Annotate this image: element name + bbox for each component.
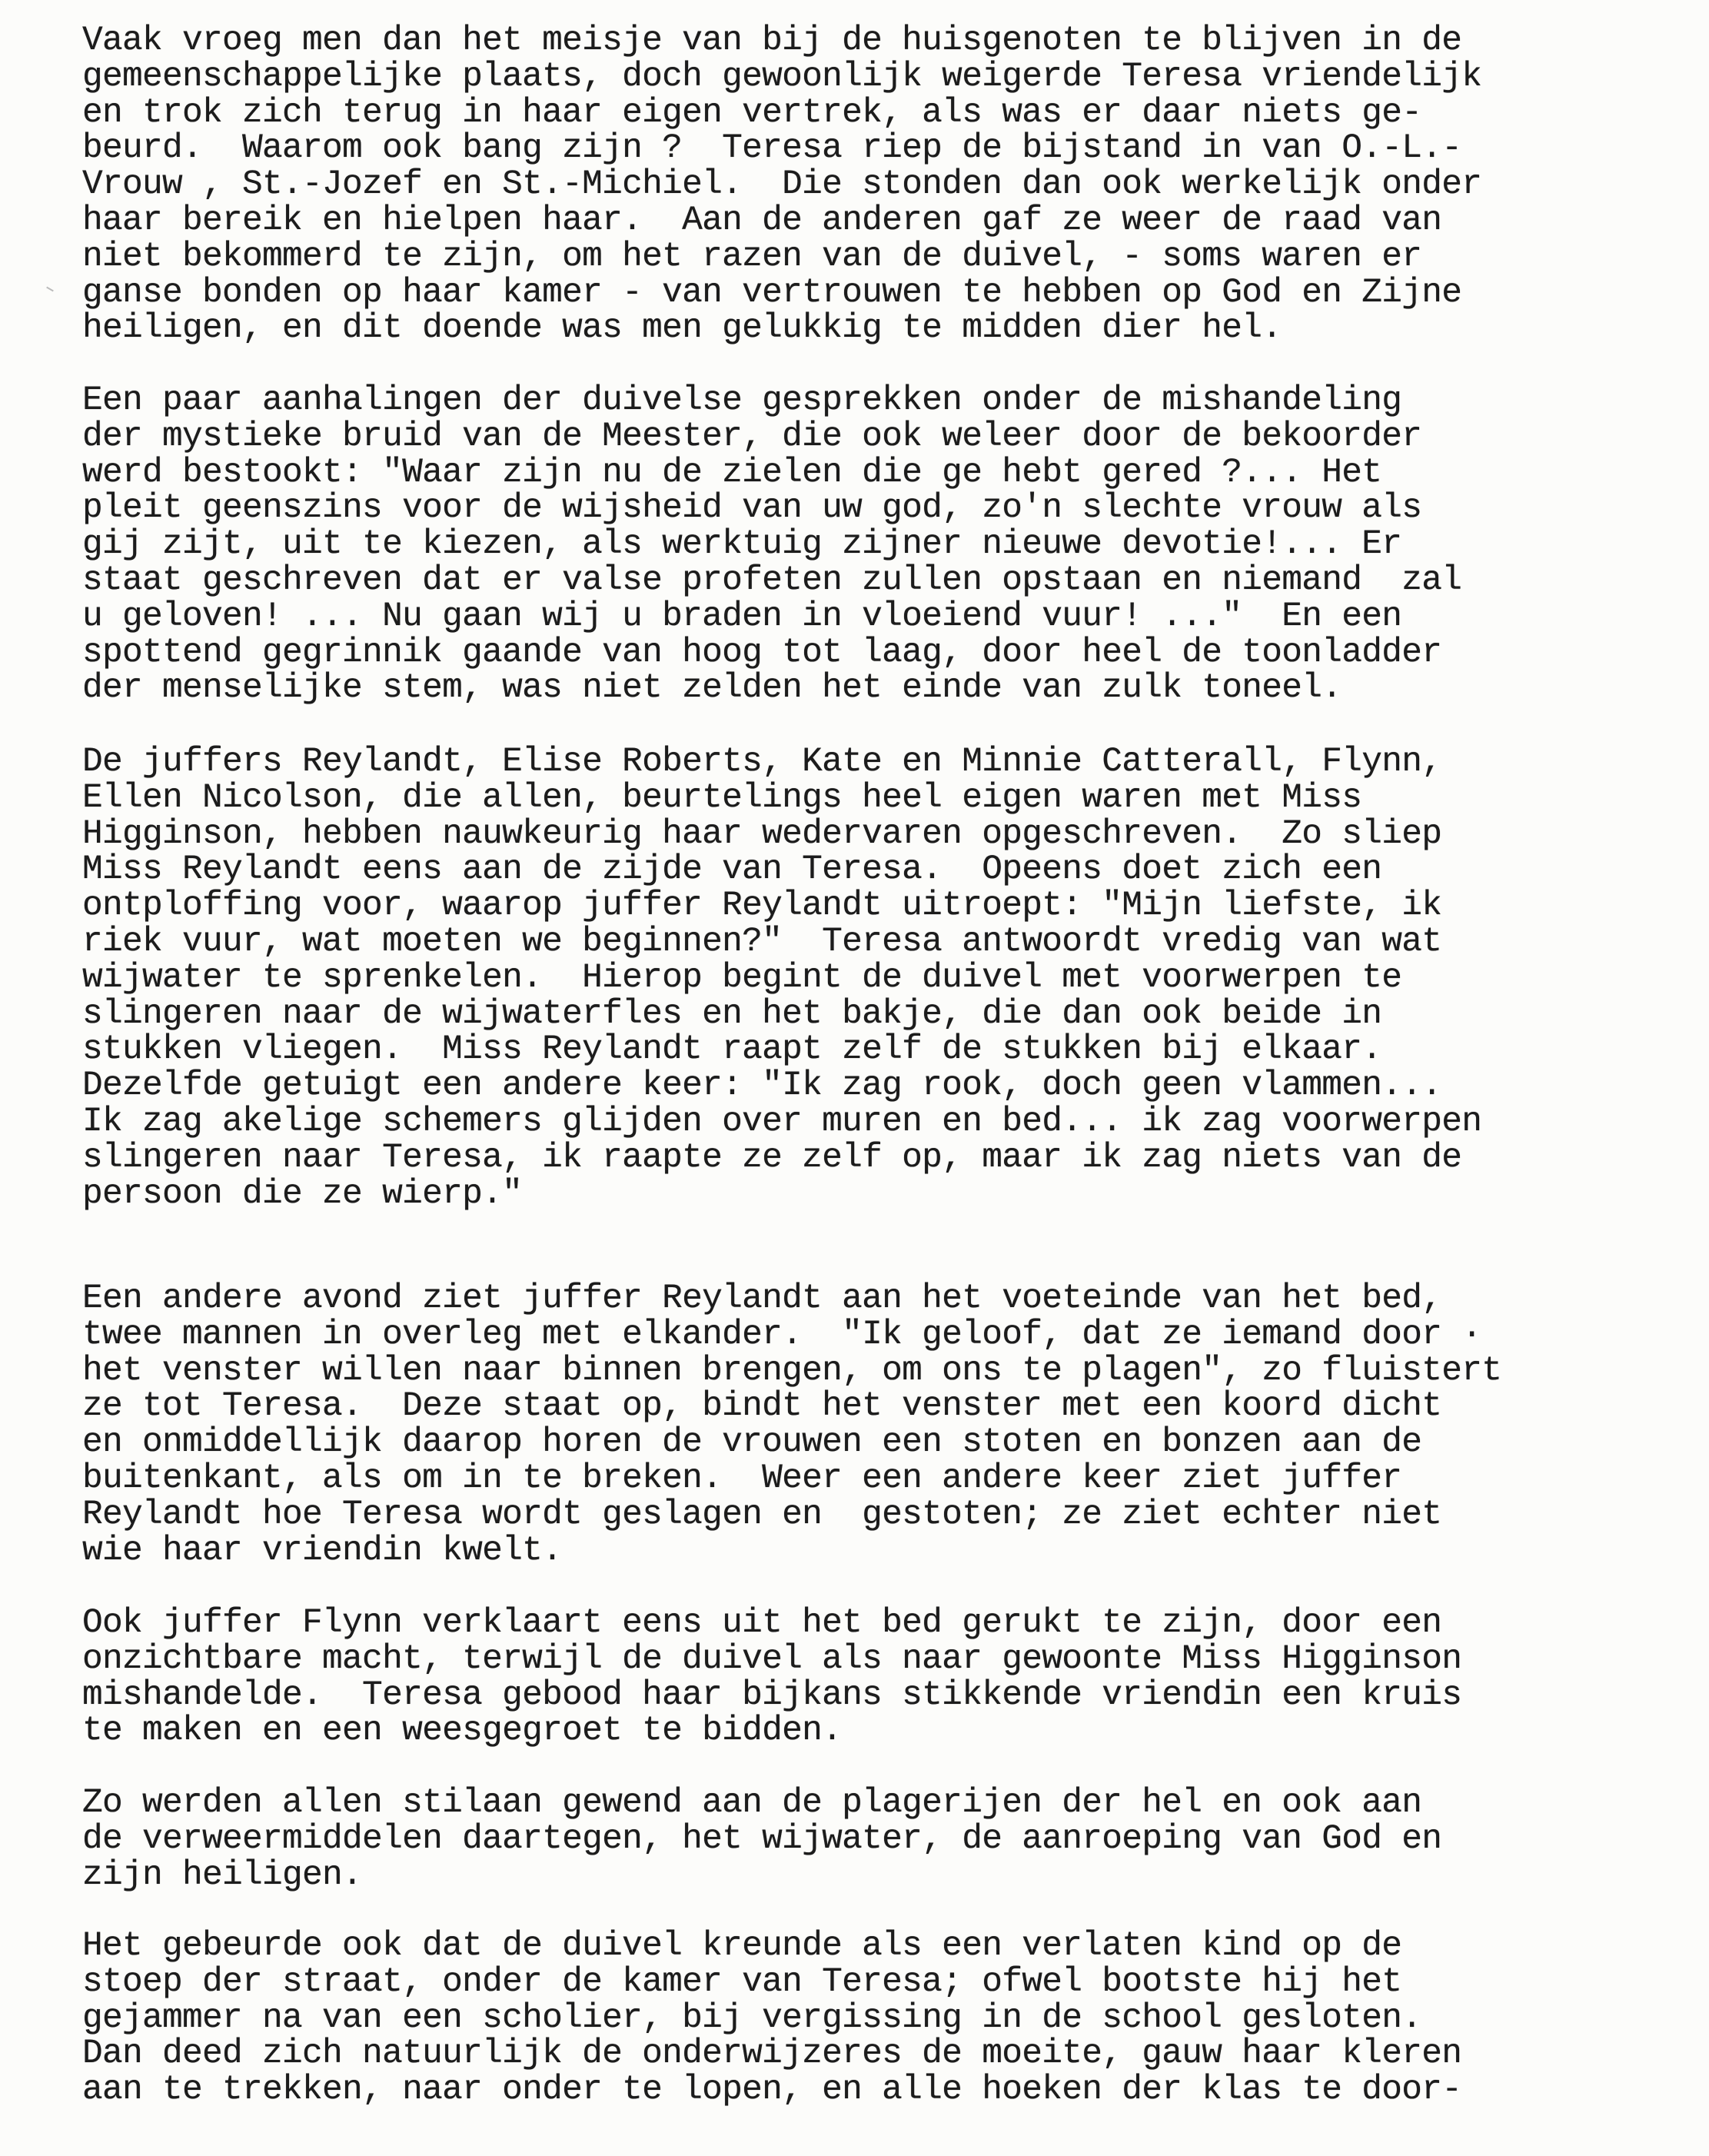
text-line: gij zijt, uit te kiezen, als werktuig zi… xyxy=(82,527,1461,563)
text-line: ganse bonden op haar kamer - van vertrou… xyxy=(82,275,1481,311)
text-line: en onmiddellijk daarop horen de vrouwen … xyxy=(82,1425,1501,1461)
text-line: De juffers Reylandt, Elise Roberts, Kate… xyxy=(82,744,1481,780)
text-line: pleit geenszins voor de wijsheid van uw … xyxy=(82,491,1461,527)
text-line: Miss Reylandt eens aan de zijde van Tere… xyxy=(82,852,1481,888)
text-line: Dezelfde getuigt een andere keer: "Ik za… xyxy=(82,1068,1481,1104)
text-line: slingeren naar Teresa, ik raapte ze zelf… xyxy=(82,1140,1481,1176)
text-line: Ellen Nicolson, die allen, beurtelings h… xyxy=(82,780,1481,817)
text-line: slingeren naar de wijwaterfles en het ba… xyxy=(82,996,1481,1033)
text-line: u geloven! ... Nu gaan wij u braden in v… xyxy=(82,599,1461,635)
text-line: zijn heiligen. xyxy=(82,1858,1441,1894)
text-line: stoep der straat, onder de kamer van Ter… xyxy=(82,1965,1461,2001)
text-line: en trok zich terug in haar eigen vertrek… xyxy=(82,95,1481,131)
text-line: Zo werden allen stilaan gewend aan de pl… xyxy=(82,1785,1441,1822)
text-line: Dan deed zich natuurlijk de onderwijzere… xyxy=(82,2036,1461,2072)
text-line: riek vuur, wat moeten we beginnen?" Tere… xyxy=(82,924,1481,960)
text-line: werd bestookt: "Waar zijn nu de zielen d… xyxy=(82,455,1461,491)
scan-speck xyxy=(46,287,54,292)
text-line: wijwater te sprenkelen. Hierop begint de… xyxy=(82,960,1481,996)
text-line: Een paar aanhalingen der duivelse gespre… xyxy=(82,383,1461,419)
text-line: ze tot Teresa. Deze staat op, bindt het … xyxy=(82,1389,1501,1425)
text-line: gemeenschappelijke plaats, doch gewoonli… xyxy=(82,59,1481,95)
text-line: buitenkant, als om in te breken. Weer ee… xyxy=(82,1461,1501,1497)
paragraph-6: Zo werden allen stilaan gewend aan de pl… xyxy=(82,1785,1441,1893)
paragraph-2: Een paar aanhalingen der duivelse gespre… xyxy=(82,383,1461,707)
text-line: Ook juffer Flynn verklaart eens uit het … xyxy=(82,1605,1461,1642)
text-line: Het gebeurde ook dat de duivel kreunde a… xyxy=(82,1928,1461,1965)
text-line: Reylandt hoe Teresa wordt geslagen en ge… xyxy=(82,1497,1501,1533)
text-line: persoon die ze wierp." xyxy=(82,1176,1481,1213)
paragraph-1: Vaak vroeg men dan het meisje van bij de… xyxy=(82,23,1481,347)
text-line: staat geschreven dat er valse profeten z… xyxy=(82,563,1461,599)
text-line: niet bekommerd te zijn, om het razen van… xyxy=(82,239,1481,275)
text-line: de verweermiddelen daartegen, het wijwat… xyxy=(82,1822,1441,1858)
text-line: spottend gegrinnik gaande van hoog tot l… xyxy=(82,635,1461,671)
text-line: Een andere avond ziet juffer Reylandt aa… xyxy=(82,1281,1501,1317)
paragraph-5: Ook juffer Flynn verklaart eens uit het … xyxy=(82,1605,1461,1749)
text-line: stukken vliegen. Miss Reylandt raapt zel… xyxy=(82,1032,1481,1068)
text-line: te maken en een weesgegroet te bidden. xyxy=(82,1713,1461,1749)
text-line: mishandelde. Teresa gebood haar bijkans … xyxy=(82,1678,1461,1714)
text-line: heiligen, en dit doende was men gelukkig… xyxy=(82,311,1481,347)
typewritten-page: Vaak vroeg men dan het meisje van bij de… xyxy=(0,0,1709,2156)
text-line: het venster willen naar binnen brengen, … xyxy=(82,1353,1501,1389)
text-line: Higginson, hebben nauwkeurig haar wederv… xyxy=(82,817,1481,853)
text-line: twee mannen in overleg met elkander. "Ik… xyxy=(82,1317,1501,1353)
text-line: Vrouw , St.-Jozef en St.-Michiel. Die st… xyxy=(82,167,1481,203)
text-line: haar bereik en hielpen haar. Aan de ande… xyxy=(82,203,1481,239)
text-line: ontploffing voor, waarop juffer Reylandt… xyxy=(82,888,1481,924)
text-line: Vaak vroeg men dan het meisje van bij de… xyxy=(82,23,1481,59)
text-line: der menselijke stem, was niet zelden het… xyxy=(82,670,1461,707)
text-line: Ik zag akelige schemers glijden over mur… xyxy=(82,1104,1481,1140)
text-line: der mystieke bruid van de Meester, die o… xyxy=(82,419,1461,455)
text-line: gejammer na van een scholier, bij vergis… xyxy=(82,2001,1461,2037)
text-line: aan te trekken, naar onder te lopen, en … xyxy=(82,2072,1461,2108)
text-line: beurd. Waarom ook bang zijn ? Teresa rie… xyxy=(82,131,1481,167)
paragraph-7: Het gebeurde ook dat de duivel kreunde a… xyxy=(82,1928,1461,2108)
text-line: onzichtbare macht, terwijl de duivel als… xyxy=(82,1642,1461,1678)
text-line: wie haar vriendin kwelt. xyxy=(82,1533,1501,1569)
paragraph-3: De juffers Reylandt, Elise Roberts, Kate… xyxy=(82,744,1481,1212)
paragraph-4: Een andere avond ziet juffer Reylandt aa… xyxy=(82,1281,1501,1569)
